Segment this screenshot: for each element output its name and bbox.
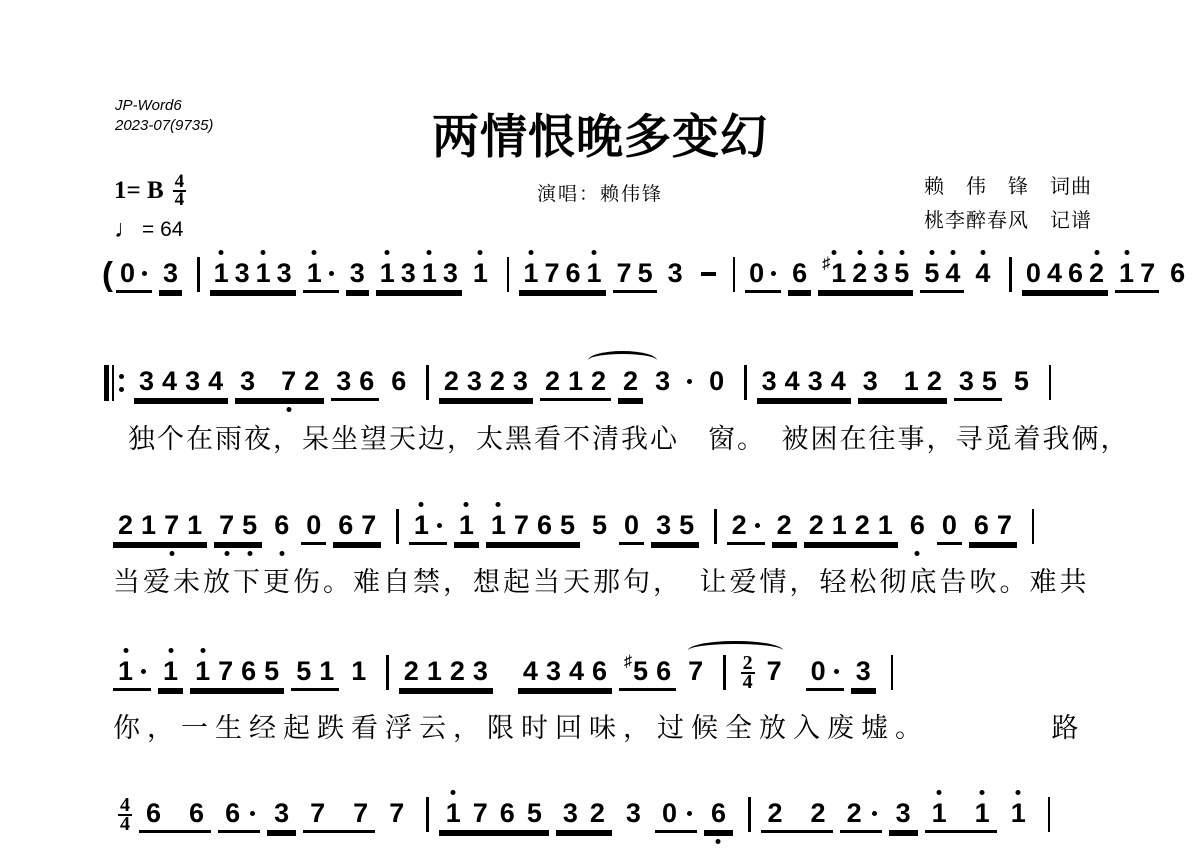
note: 0 [1026, 257, 1041, 289]
bar-line [1048, 797, 1051, 832]
note-group: 51 [291, 655, 339, 691]
score-line-1: (0313131313131176175306♯12355440462176) [100, 257, 1200, 303]
repeat-thin-bar [112, 365, 114, 401]
note: 6 [792, 257, 807, 289]
augmentation-dot [872, 811, 877, 816]
note-spacer [167, 797, 183, 799]
note: 3 [443, 257, 458, 289]
note: 3 [401, 257, 416, 289]
note-group: 0 [937, 509, 962, 545]
note-group: 3 [267, 797, 296, 833]
note-group: 2 [840, 797, 882, 833]
note: 5 [679, 509, 694, 541]
note: 1 [568, 365, 583, 397]
key-signature: 1= B 4 4 [114, 174, 186, 208]
note: 2 [118, 509, 133, 541]
note: 0 [942, 509, 957, 541]
note-group: 6 [386, 365, 411, 398]
augmentation-dot [142, 271, 147, 276]
octave-dot-high [419, 502, 424, 507]
note: 3 [856, 655, 871, 687]
bar-line [426, 797, 429, 832]
bar-line [426, 365, 429, 400]
note: 1 [904, 365, 919, 397]
note-group: 2 [618, 365, 643, 401]
note-group: 4346 [518, 655, 612, 691]
note: 3 [626, 797, 641, 829]
octave-dot-high [899, 250, 904, 255]
octave-dot-high [478, 250, 483, 255]
note: 3 [185, 365, 200, 397]
note-group: 1 [454, 509, 479, 545]
note: 3 [235, 257, 250, 289]
note: 5 [592, 509, 607, 541]
octave-dot-low [915, 551, 920, 556]
note-group: 6 [269, 509, 294, 542]
note-group: 7 [683, 655, 708, 688]
note: 6 [974, 509, 989, 541]
note-group: 0 [704, 365, 729, 398]
note-spacer [793, 655, 805, 657]
note: 1 [446, 797, 461, 829]
note: 5 [560, 509, 575, 541]
note: 7 [353, 797, 368, 829]
note-spacer [953, 797, 969, 799]
octave-dot-high [168, 648, 173, 653]
octave-dot-high [929, 250, 934, 255]
note: 2 [809, 509, 824, 541]
note: 7 [218, 655, 233, 687]
note-group: 6 [1166, 257, 1189, 290]
note: 2 [404, 655, 419, 687]
octave-dot-high [1016, 790, 1021, 795]
octave-dot-high [980, 790, 985, 795]
note: 4 [208, 365, 223, 397]
note: 7 [617, 257, 632, 289]
note: 7 [997, 509, 1012, 541]
octave-dot-high [980, 250, 985, 255]
bar-line [1049, 365, 1052, 400]
note: 5 [894, 257, 909, 289]
note: 3 [163, 257, 178, 289]
note: 5 [982, 365, 997, 397]
note: 1 [214, 257, 229, 289]
bar-line [744, 365, 747, 400]
note: 4 [785, 365, 800, 397]
note: 4 [569, 655, 584, 687]
note: 1 [523, 257, 538, 289]
note: 3 [513, 365, 528, 397]
repeat-open-sign [104, 365, 124, 401]
note-group: 77 [303, 797, 375, 833]
bar-line [386, 655, 389, 690]
note: 2 [591, 365, 606, 397]
time-signature-change: 24 [741, 655, 755, 691]
note-group: 5 [1009, 365, 1034, 398]
note: 1 [878, 509, 893, 541]
note: 7 [361, 509, 376, 541]
note: 3 [655, 365, 670, 397]
note: 1 [380, 257, 395, 289]
note-group: 0 [655, 797, 697, 833]
note: 3 [863, 365, 878, 397]
note: 3 [873, 257, 888, 289]
note: 6 [189, 797, 204, 829]
tempo-marking: ♩ = 64 [114, 215, 186, 244]
bar-line [396, 509, 399, 544]
octave-dot-high [528, 250, 533, 255]
note: 2 [777, 509, 792, 541]
note: 1 [118, 655, 133, 687]
note-group [682, 365, 697, 385]
score-line-5: 4466637771765323062223111 [112, 797, 1059, 843]
dash-note [701, 272, 716, 276]
note: 6 [274, 509, 289, 541]
note-group: 67 [333, 509, 381, 545]
note-group: 1765 [439, 797, 549, 833]
note-group: 2 [772, 509, 797, 545]
note: 4 [523, 655, 538, 687]
note-spacer [499, 655, 517, 657]
augmentation-dot [437, 523, 442, 528]
note-group: 3434 [134, 365, 228, 401]
note: 1 [1011, 797, 1026, 829]
note-group: 212 [540, 365, 611, 401]
octave-dot-high [219, 250, 224, 255]
note: 0 [749, 257, 764, 289]
repeat-thick-bar [104, 365, 109, 401]
note: 0 [624, 509, 639, 541]
bar-line [748, 797, 751, 832]
note-group: 2171 [113, 509, 207, 545]
note: 3 [139, 365, 154, 397]
octave-dot-high [592, 250, 597, 255]
note-group: 3 [889, 797, 918, 833]
octave-dot-low [169, 551, 174, 556]
note: ♯1 [822, 257, 846, 289]
note: 4 [945, 257, 960, 289]
note: 1 [587, 257, 602, 289]
note-group: 17 [1115, 257, 1159, 293]
note-group: 5 [587, 509, 612, 542]
note: 2 [732, 509, 747, 541]
note: 6 [656, 655, 671, 687]
note-group: 3434 [757, 365, 851, 401]
octave-dot-high [464, 502, 469, 507]
note: 1 [1119, 257, 1134, 289]
octave-dot-low [716, 839, 721, 844]
song-title: 两情恨晚多变幻 [0, 100, 1200, 167]
note-group: 2323 [439, 365, 533, 401]
note: 3 [350, 257, 365, 289]
note: 2 [450, 655, 465, 687]
note: 6 [241, 655, 256, 687]
note: 3 [762, 365, 777, 397]
octave-dot-high [312, 250, 317, 255]
parenthesis: ( [102, 257, 113, 291]
note-group: 6 [788, 257, 811, 293]
note: 0 [120, 257, 135, 289]
note-group: ♯56 [619, 655, 676, 691]
octave-dot-high [385, 250, 390, 255]
note: 1 [307, 257, 322, 289]
note-spacer [331, 797, 347, 799]
note-group: 1313 [210, 257, 296, 293]
note: 7 [219, 509, 234, 541]
note: 5 [527, 797, 542, 829]
note: 6 [359, 365, 374, 397]
note: ♯5 [624, 655, 648, 687]
note: 5 [264, 655, 279, 687]
note: 5 [924, 257, 939, 289]
note: 3 [896, 797, 911, 829]
octave-dot-high [878, 250, 883, 255]
note: 3 [546, 655, 561, 687]
note-group: 0 [806, 655, 844, 691]
note: 0 [811, 655, 826, 687]
note-group: 1761 [519, 257, 605, 293]
note-group: 7 [762, 655, 787, 688]
note: 2 [444, 365, 459, 397]
note: 7 [389, 797, 404, 829]
note: 6 [338, 509, 353, 541]
sharp-icon: ♯ [624, 653, 632, 670]
note: 2 [590, 797, 605, 829]
octave-dot-high [857, 250, 862, 255]
octave-dot-high [427, 250, 432, 255]
note-group: 0462 [1022, 257, 1108, 293]
note-group: 1 [409, 509, 447, 545]
composer-credit: 赖 伟 锋 词曲 [924, 170, 1092, 204]
note: 3 [656, 509, 671, 541]
note: 1 [459, 509, 474, 541]
bar-line [733, 257, 736, 292]
note: 2 [852, 257, 867, 289]
note: 3 [277, 257, 292, 289]
note-group: 11 [925, 797, 997, 833]
note-group: 75 [214, 509, 262, 545]
bar-line [507, 257, 510, 292]
sharp-icon: ♯ [822, 255, 830, 272]
note-group: 372 [235, 365, 324, 401]
note-group: 22 [761, 797, 833, 833]
note: 3 [336, 365, 351, 397]
note: 2 [304, 365, 319, 397]
octave-dot-high [261, 250, 266, 255]
time-signature-denominator: 4 [118, 816, 132, 833]
note-spacer [882, 365, 900, 367]
note-group: 32 [556, 797, 612, 833]
note: 3 [959, 365, 974, 397]
bar-line [723, 655, 726, 690]
bar-line [197, 257, 200, 292]
transcriber-credit: 桃李醉春风 记谱 [924, 204, 1092, 238]
quarter-note-icon: ♩ [114, 215, 139, 244]
note: 6 [592, 655, 607, 687]
augmentation-dot [771, 271, 776, 276]
note: 2 [545, 365, 560, 397]
bar-line [1009, 257, 1012, 292]
octave-dot-low [279, 551, 284, 556]
note-group: 66 [139, 797, 211, 833]
note: 3 [274, 797, 289, 829]
time-signature-denominator: 4 [741, 674, 755, 691]
note: 3 [668, 257, 683, 289]
note: 3 [808, 365, 823, 397]
note: 7 [473, 797, 488, 829]
note-group: 1765 [190, 655, 284, 691]
sheet-music-page: JP-Word6 2023-07(9735) 两情恨晚多变幻 演唱：赖伟锋 赖 … [0, 0, 1200, 850]
score-line-3: 217175606711176550352221216067 [112, 509, 1043, 555]
note-group: 3 [851, 655, 876, 691]
note: 2 [811, 797, 826, 829]
note: 5 [242, 509, 257, 541]
note-group: 1 [346, 655, 371, 688]
octave-dot-high [123, 648, 128, 653]
note: 3 [563, 797, 578, 829]
note: 3 [467, 365, 482, 397]
note-group: 1 [469, 257, 492, 290]
octave-dot-low [286, 407, 291, 412]
augmentation-dot [141, 669, 146, 674]
note: 0 [306, 509, 321, 541]
note: 0 [662, 797, 677, 829]
note-group: 3 [664, 257, 687, 290]
key-text: 1= B [114, 177, 164, 205]
note-group: 3 [619, 797, 648, 830]
augmentation-dot [687, 379, 692, 384]
note: 6 [225, 797, 240, 829]
tie-slur: 23 [617, 365, 681, 401]
octave-dot-high [496, 502, 501, 507]
note: 5 [296, 655, 311, 687]
time-signature-change: 44 [118, 797, 132, 833]
note: 6 [500, 797, 515, 829]
note: 6 [565, 257, 580, 289]
score-line-2: 343437236623232122303434312355 [104, 365, 1060, 411]
note: 2 [855, 509, 870, 541]
tie-slur: 7247 [682, 655, 793, 691]
bar-line [714, 509, 717, 544]
note: 1 [491, 509, 506, 541]
note: 7 [544, 257, 559, 289]
note-group: 1 [113, 655, 151, 691]
octave-dot-high [937, 790, 942, 795]
lyrics-line-2: 当爱未放下更伤。难自禁，想起当天那句， 让爱情，轻松彻底告吹。难共 [113, 560, 1090, 599]
time-signature: 4 4 [173, 174, 187, 208]
tempo-value: = 64 [142, 218, 183, 242]
note-group: 6 [704, 797, 733, 833]
note-group: 1 [1004, 797, 1033, 830]
note: 4 [831, 365, 846, 397]
note-group: 312 [858, 365, 947, 401]
note-group: 1 [303, 257, 339, 293]
note: 1 [832, 509, 847, 541]
augmentation-dot [755, 523, 760, 528]
octave-dot-high [1094, 250, 1099, 255]
note-group: 54 [920, 257, 964, 293]
note-group: 0 [301, 509, 326, 545]
note: 4 [975, 257, 990, 289]
note-group: 0 [619, 509, 644, 545]
note: 2 [927, 365, 942, 397]
augmentation-dot [834, 669, 839, 674]
note-group: 2121 [804, 509, 898, 545]
lyrics-line-3: 你，一生经起跌看浮云，限时回味，过候全放入废墟。 路 [113, 706, 1086, 745]
note: 1 [427, 655, 442, 687]
note: 2 [847, 797, 862, 829]
score-line-4: 11176551121234346♯56724703 [112, 655, 902, 701]
augmentation-dot [687, 811, 692, 816]
note-group: 75 [613, 257, 657, 293]
note: 6 [910, 509, 925, 541]
note-group: 67 [969, 509, 1017, 545]
note: 7 [164, 509, 179, 541]
note: 2 [1089, 257, 1104, 289]
note-group: 2123 [399, 655, 493, 691]
note: 5 [1014, 365, 1029, 397]
note: 6 [1068, 257, 1083, 289]
note: 6 [146, 797, 161, 829]
note: 1 [163, 655, 178, 687]
bar-line [1032, 509, 1035, 544]
note-group: 3 [650, 365, 675, 398]
octave-dot-high [200, 648, 205, 653]
note-spacer [259, 365, 277, 367]
note: 6 [711, 797, 726, 829]
note-group: 35 [954, 365, 1002, 401]
note-group: 6 [218, 797, 260, 833]
note: 6 [391, 365, 406, 397]
note: 6 [1170, 257, 1185, 289]
note: 7 [767, 655, 782, 687]
note: 1 [319, 655, 334, 687]
note: 7 [688, 655, 703, 687]
key-tempo-block: 1= B 4 4 ♩ = 64 [114, 174, 186, 244]
note: 3 [473, 655, 488, 687]
lyrics-line-1: 独个在雨夜，呆坐望天边，太黑看不清我心 窗。 被困在往事，寻觅着我俩， [128, 417, 1130, 456]
note: 1 [256, 257, 271, 289]
note: 7 [310, 797, 325, 829]
note-group: 3 [346, 257, 369, 293]
octave-dot-low [224, 551, 229, 556]
octave-dot-high [950, 250, 955, 255]
augmentation-dot [329, 271, 334, 276]
note: 1 [187, 509, 202, 541]
note-group: 36 [331, 365, 379, 401]
note-group: 7 [382, 797, 411, 830]
note-group: 2 [727, 509, 765, 545]
note: 5 [638, 257, 653, 289]
note: 7 [1140, 257, 1155, 289]
note: 7 [514, 509, 529, 541]
note-group: 6 [905, 509, 930, 542]
note-group: 1765 [486, 509, 580, 545]
note: 0 [709, 365, 724, 397]
note: 1 [422, 257, 437, 289]
note-group: 4 [971, 257, 994, 290]
note-group: 0 [745, 257, 781, 293]
note: 7 [281, 365, 296, 397]
octave-dot-low [247, 551, 252, 556]
note: 2 [768, 797, 783, 829]
augmentation-dot [250, 811, 255, 816]
note: 4 [1047, 257, 1062, 289]
note: 1 [975, 797, 990, 829]
octave-dot-high [1124, 250, 1129, 255]
note-spacer [789, 797, 805, 799]
note-group: ♯1235 [818, 257, 913, 293]
